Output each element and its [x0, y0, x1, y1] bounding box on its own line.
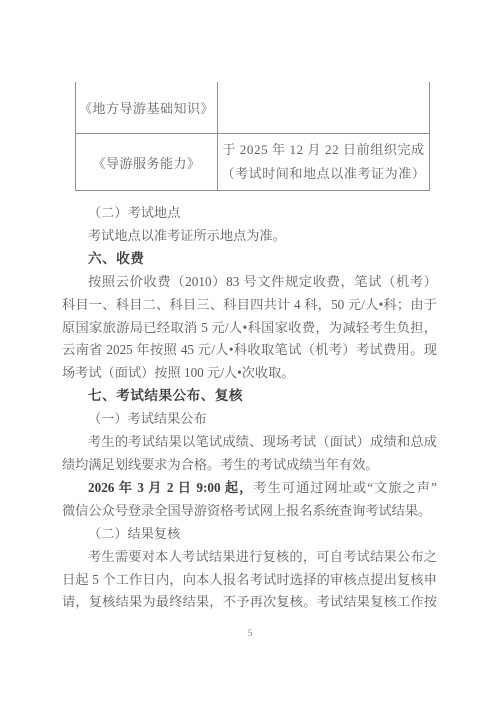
paragraph-line: 按照云价收费（2010）83 号文件规定收费，笔试（机考）	[62, 271, 437, 294]
paragraph-text: 考生可通过网址或“文旅之声”	[253, 480, 437, 495]
paragraph-line: 绩均满足划线要求为合格。考生的考试成绩当年有效。	[62, 454, 437, 477]
subheading-review: （二）结果复核	[62, 523, 437, 546]
body-text: （二）考试地点 考试地点以准考证所示地点为准。 六、收费 按照云价收费（2010…	[62, 202, 437, 614]
paragraph-line: 考生需要对本人考试结果进行复核的，可自考试结果公布之	[62, 546, 437, 569]
table-row: 《导游服务能力》 于 2025 年 12 月 22 日前组织完成 （考试时间和地…	[75, 133, 430, 190]
paragraph-line: 云南省 2025 年按照 45 元/人•科收取笔试（机考）考试费用。现	[62, 339, 437, 362]
subject-cell: 《地方导游基础知识》	[75, 82, 218, 133]
subheading-exam-location: （二）考试地点	[62, 202, 437, 225]
paragraph-line: 请，复核结果为最终结果，不予再次复核。考试结果复核工作按	[62, 591, 437, 614]
paragraph-line: 场考试（面试）按照 100 元/人•次收取。	[62, 362, 437, 385]
paragraph-line: 考生的考试结果以笔试成绩、现场考试（面试）成绩和总成	[62, 431, 437, 454]
paragraph-line: 原国家旅游局已经取消 5 元/人•科国家收费，为减轻考生负担，	[62, 317, 437, 340]
section-heading-fees: 六、收费	[62, 248, 437, 271]
paragraph-line: 考试地点以准考证所示地点为准。	[62, 225, 437, 248]
schedule-line: （考试时间和地点以准考证为准）	[221, 162, 425, 186]
schedule-cell	[218, 82, 430, 133]
paragraph-line: 日起 5 个工作日内，向本人报名考试时选择的审核点提出复核申	[62, 569, 437, 592]
paragraph-line: 微信公众号登录全国导游资格考试网上报名系统查询考试结果。	[62, 500, 437, 523]
schedule-line: 于 2025 年 12 月 22 日前组织完成	[222, 138, 424, 162]
subject-cell: 《导游服务能力》	[75, 134, 218, 190]
schedule-cell: 于 2025 年 12 月 22 日前组织完成 （考试时间和地点以准考证为准）	[218, 134, 430, 190]
table-row: 《地方导游基础知识》	[75, 82, 430, 133]
document-page: 《地方导游基础知识》 《导游服务能力》 于 2025 年 12 月 22 日前组…	[0, 0, 500, 707]
results-publish-datetime: 2026 年 3 月 2 日 9:00 起，	[88, 480, 253, 495]
subheading-results-publish: （一）考试结果公布	[62, 408, 437, 431]
paragraph-line: 2026 年 3 月 2 日 9:00 起，考生可通过网址或“文旅之声”	[62, 477, 437, 500]
paragraph-line: 科目一、科目二、科目三、科目四共计 4 科，50 元/人•科；由于	[62, 294, 437, 317]
page-number: 5	[0, 629, 500, 639]
exam-schedule-table: 《地方导游基础知识》 《导游服务能力》 于 2025 年 12 月 22 日前组…	[75, 82, 430, 191]
section-heading-results: 七、考试结果公布、复核	[62, 385, 437, 408]
